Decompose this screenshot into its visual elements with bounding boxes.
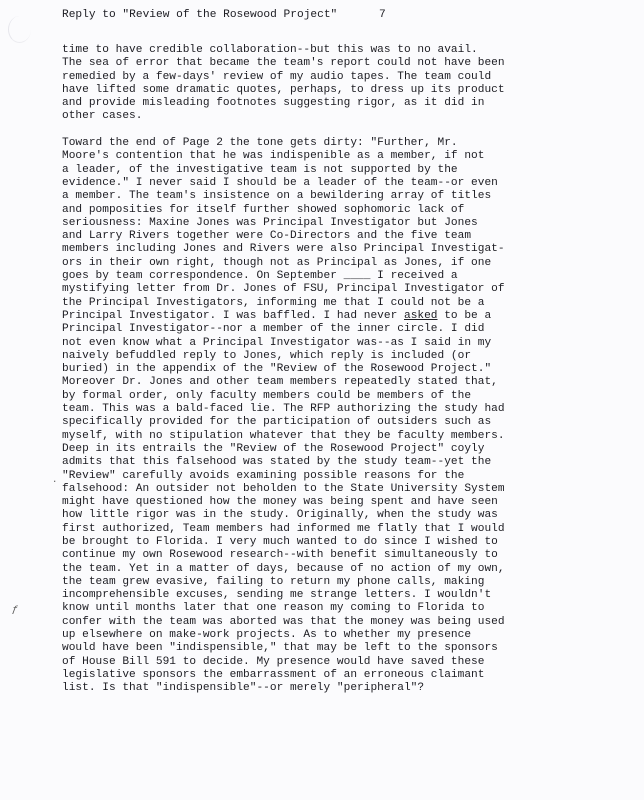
body-text: time to have credible collaboration--but… [62,44,642,709]
running-header: Reply to "Review of the Rosewood Project… [62,8,337,22]
text-line: Principal Investigator. I was baffled. I… [62,310,642,323]
underlined-word: asked [404,310,438,322]
text-line: Principal Investigator--nor a member of … [62,323,642,336]
text-line: and Larry Rivers together were Co-Direct… [62,230,642,243]
page-number: 7 [379,8,386,22]
text-line: Moore's contention that he was indispeni… [62,150,642,163]
text-line: Deep in its entrails the "Review of the … [62,443,642,456]
text-line: have lifted some dramatic quotes, perhap… [62,84,642,97]
text-line: incomprehensible excuses, sending me str… [62,589,642,602]
text-line: and pomposities for itself further showe… [62,204,642,217]
text-line: evidence." I never said I should be a le… [62,177,642,190]
text-line: other cases. [62,110,642,123]
text-line: of House Bill 591 to decide. My presence… [62,656,642,669]
punch-hole-mark [8,16,31,43]
margin-scribble-mark: ƒ [12,605,18,616]
text-line: a member. The team's insistence on a bew… [62,190,642,203]
text-line: the Principal Investigators, informing m… [62,297,642,310]
text-line: myself, with no stipulation whatever tha… [62,430,642,443]
text-line: mystifying letter from Dr. Jones of FSU,… [62,283,642,296]
text-line: Toward the end of Page 2 the tone gets d… [62,137,642,150]
text-line: buried) in the appendix of the "Review o… [62,363,642,376]
text-line: by formal order, only faculty members co… [62,390,642,403]
text-line: naively befuddled reply to Jones, which … [62,350,642,363]
text-line: continue my own Rosewood research--with … [62,549,642,562]
text-line: the team. Yet in a matter of days, becau… [62,563,642,576]
text-line: seriousness: Maxine Jones was Principal … [62,217,642,230]
margin-dot-mark: · [52,477,57,487]
text-line: the team grew evasive, failing to return… [62,576,642,589]
text-line: team. This was a bald-faced lie. The RFP… [62,403,642,416]
text-line: The sea of error that became the team's … [62,57,642,70]
text-line: up elsewhere on make-work projects. As t… [62,629,642,642]
text-line: legislative sponsors the embarrassment o… [62,669,642,682]
paragraph-1: time to have credible collaboration--but… [62,44,642,124]
text-line: first authorized, Team members had infor… [62,523,642,536]
text-line: remedied by a few-days' review of my aud… [62,71,642,84]
text-line: know until months later that one reason … [62,602,642,615]
text-line: confer with the team was aborted was tha… [62,616,642,629]
text-line: Moreover Dr. Jones and other team member… [62,376,642,389]
text-line: a leader, of the investigative team is n… [62,164,642,177]
text-line: not even know what a Principal Investiga… [62,337,642,350]
text-line: specifically provided for the participat… [62,416,642,429]
document-page: Reply to "Review of the Rosewood Project… [0,0,644,800]
text-line: might have questioned how the money was … [62,496,642,509]
text-line: how little rigor was in the study. Origi… [62,509,642,522]
text-line: falsehood: An outsider not beholden to t… [62,483,642,496]
text-line: would have been "indispensible," that ma… [62,642,642,655]
text-line: members including Jones and Rivers were … [62,243,642,256]
text-line: be brought to Florida. I very much wante… [62,536,642,549]
text-line: and provide misleading footnotes suggest… [62,97,642,110]
text-line: "Review" carefully avoids examining poss… [62,470,642,483]
text-line: goes by team correspondence. On Septembe… [62,270,642,283]
text-line: admits that this falsehood was stated by… [62,456,642,469]
paragraph-2: Toward the end of Page 2 the tone gets d… [62,137,642,695]
text-line: time to have credible collaboration--but… [62,44,642,57]
text-line: list. Is that "indispensible"--or merely… [62,682,642,695]
text-line: ors in their own right, though not as Pr… [62,257,642,270]
